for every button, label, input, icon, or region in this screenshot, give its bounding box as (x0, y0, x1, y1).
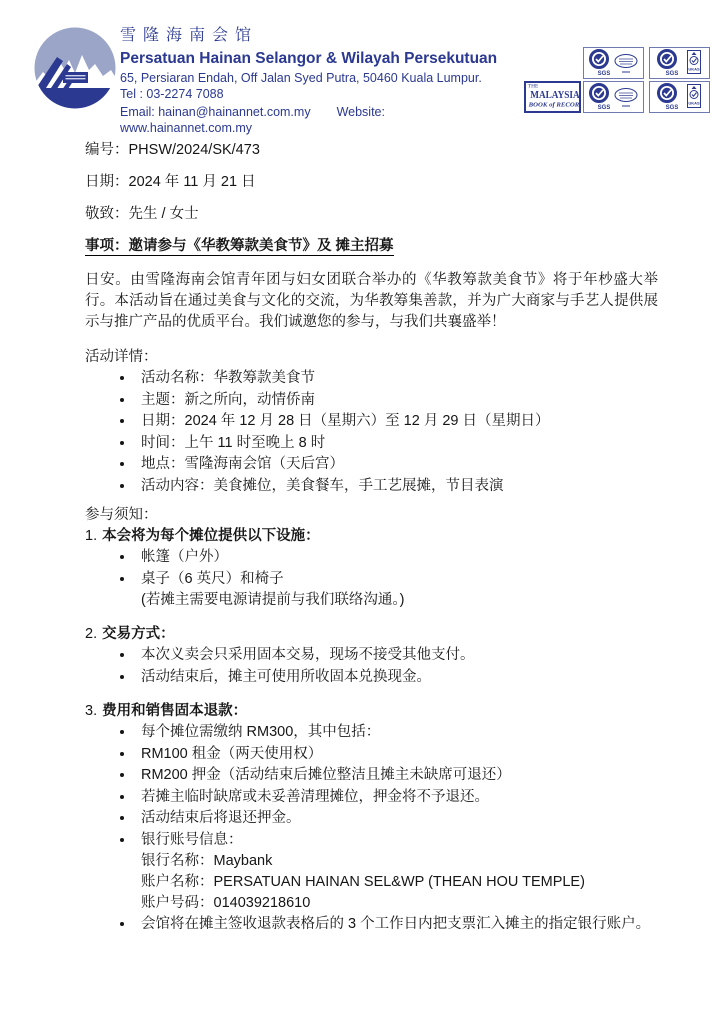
malaysia-book-of-records-badge: THE MALAYSIA BOOK of RECORDS (524, 81, 581, 113)
section-title-line: 3.费用和销售固本退款： (85, 701, 658, 722)
org-address: 65, Persiaran Endah, Off Jalan Syed Putr… (120, 70, 520, 86)
sgs-gauge-icon: SGS (656, 82, 678, 112)
bank-account-number-line: 账户号码：014039218610 (141, 893, 658, 914)
bullet-item: 本次义卖会只采用固本交易，现场不接受其他支付。 (135, 645, 658, 667)
org-email: Email: hainan@hainannet.com.my (120, 105, 311, 119)
date-line: 日期：2024 年 11 月 21 日 (85, 172, 658, 193)
ref-number: PHSW/2024/SK/473 (129, 142, 260, 158)
ref-number-line: 编号：PHSW/2024/SK/473 (85, 140, 658, 161)
salutation-line: 敬致：先生 / 女士 (85, 204, 658, 225)
bullet-item: RM200 押金（活动结束后摊位整洁且摊主未缺席可退还） (135, 765, 658, 787)
detail-item: 日期：2024 年 12 月 28 日（星期六）至 12 月 29 日（星期日） (135, 411, 658, 433)
section-facilities: 1.本会将为每个摊位提供以下设施： 帐篷（户外） 桌子（6 英尺）和椅子 (若摊… (85, 526, 658, 611)
intro-paragraph: 日安。由雪隆海南会馆青年团与妇女团联合举办的《华教筹款美食节》将于年杪盛大举行。… (85, 270, 658, 333)
sgs-gauge-icon: SGS (656, 48, 678, 78)
ukas-icon: UKAS (685, 83, 703, 111)
section-transactions: 2.交易方式： 本次义卖会只采用固本交易，现场不接受其他支付。 活动结束后，摊主… (85, 624, 658, 688)
bullet-sub-line: (若摊主需要电源请提前与我们联络沟通。) (141, 590, 658, 611)
salutation: 先生 / 女士 (129, 206, 199, 222)
org-contact-line: Email: hainan@hainannet.com.myWebsite: w… (120, 104, 520, 136)
svg-text:SGS: SGS (597, 71, 609, 77)
section-fees-refund: 3.费用和销售固本退款： 每个摊位需缴纳 RM300，其中包括： RM100 租… (85, 701, 658, 936)
detail-item: 活动内容：美食摊位，美食餐车，手工艺展摊，节目表演 (135, 476, 658, 498)
certification-badge: SGS UKAS (649, 47, 710, 79)
bullet-item: 会馆将在摊主签收退款表格后的 3 个工作日内把支票汇入摊主的指定银行账户。 (135, 914, 658, 936)
org-name: Persatuan Hainan Selangor & Wilayah Pers… (120, 48, 520, 70)
standards-malaysia-icon (613, 85, 639, 109)
svg-text:SGS: SGS (597, 105, 609, 111)
notes-heading: 参与须知： (85, 505, 658, 526)
association-logo-icon (33, 26, 117, 110)
detail-item: 地点：雪隆海南会馆（天后宫） (135, 454, 658, 476)
bank-name-line: 银行名称：Maybank (141, 851, 658, 872)
bank-account-name-line: 账户名称：PERSATUAN HAINAN SEL&WP (THEAN HOU … (141, 872, 658, 893)
org-name-chinese: 雪隆海南会馆 (120, 26, 520, 46)
bullet-item: 活动结束后将退还押金。 (135, 808, 658, 830)
bullet-item: RM100 租金（两天使用权） (135, 744, 658, 766)
letter-date: 2024 年 11 月 21 日 (129, 174, 256, 190)
certification-badge: SGS (583, 81, 644, 113)
detail-item: 活动名称：华教筹款美食节 (135, 368, 658, 390)
org-phone: Tel : 03-2274 7088 (120, 86, 520, 102)
bullet-item: 帐篷（户外） (135, 547, 658, 569)
bullet-item: 每个摊位需缴纳 RM300，其中包括： (135, 722, 658, 744)
letterhead: 雪隆海南会馆 Persatuan Hainan Selangor & Wilay… (0, 0, 720, 130)
details-heading: 活动详情： (85, 347, 658, 368)
certification-badge: SGS UKAS (649, 81, 710, 113)
svg-text:SGS: SGS (666, 105, 678, 111)
detail-item: 时间：上午 11 时至晚上 8 时 (135, 433, 658, 455)
bullet-item: 银行账号信息： 银行名称：Maybank 账户名称：PERSATUAN HAIN… (135, 830, 658, 915)
ukas-icon: UKAS (685, 49, 703, 77)
subject-line: 事项：邀请参与《华教筹款美食节》及 摊主招募 (85, 236, 658, 257)
event-details-list: 活动名称：华教筹款美食节 主题：新之所向，动情侨南 日期：2024 年 12 月… (85, 368, 658, 497)
bullet-item: 活动结束后，摊主可使用所收固本兑换现金。 (135, 667, 658, 689)
detail-item: 主题：新之所向，动情侨南 (135, 390, 658, 412)
letter-body: 编号：PHSW/2024/SK/473 日期：2024 年 11 月 21 日 … (85, 140, 658, 936)
org-identity: 雪隆海南会馆 Persatuan Hainan Selangor & Wilay… (120, 26, 520, 136)
certification-badge: SGS (583, 47, 644, 79)
sgs-gauge-icon: SGS (588, 82, 610, 112)
letter-page: 雪隆海南会馆 Persatuan Hainan Selangor & Wilay… (0, 0, 720, 1018)
bullet-item: 桌子（6 英尺）和椅子 (若摊主需要电源请提前与我们联络沟通。) (135, 569, 658, 612)
svg-text:UKAS: UKAS (688, 67, 700, 72)
bullet-item: 若摊主临时缺席或未妥善清理摊位，押金将不予退还。 (135, 787, 658, 809)
section-title-line: 1.本会将为每个摊位提供以下设施： (85, 526, 658, 547)
standards-malaysia-icon (613, 51, 639, 75)
sgs-gauge-icon: SGS (588, 48, 610, 78)
section-title-line: 2.交易方式： (85, 624, 658, 645)
svg-text:UKAS: UKAS (688, 101, 700, 106)
svg-text:SGS: SGS (666, 71, 678, 77)
